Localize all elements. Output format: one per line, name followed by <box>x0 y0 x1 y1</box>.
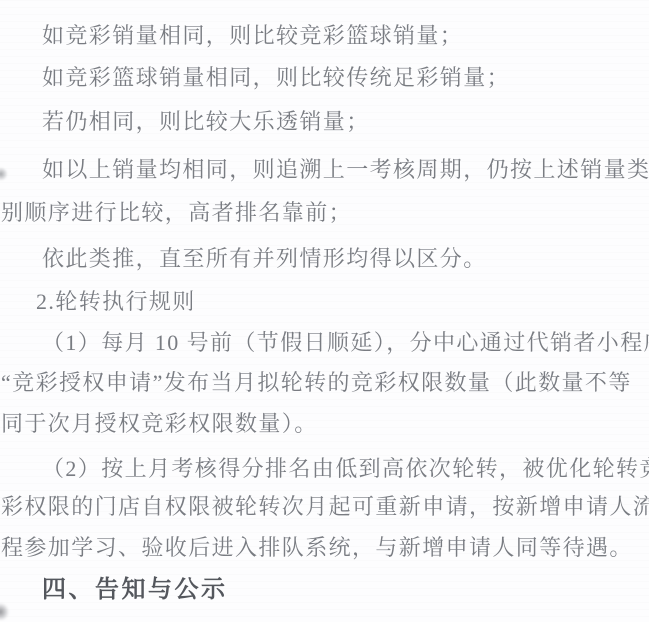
paragraph-line: 程参加学习、验收后进入排队系统，与新增申请人同等待遇。 <box>0 535 649 561</box>
numbered-rule-subheading: 2.轮转执行规则 <box>0 289 649 315</box>
paragraph-line: （2）按上月考核得分排名由低到高依次轮转，被优化轮转竞 <box>0 456 649 482</box>
paragraph-line: 同于次月授权竞彩权限数量）。 <box>0 411 649 437</box>
paragraph-line: 如竞彩篮球销量相同，则比较传统足彩销量； <box>0 65 649 91</box>
scanned-document-page: 如竞彩销量相同，则比较竞彩篮球销量； 如竞彩篮球销量相同，则比较传统足彩销量； … <box>0 0 649 622</box>
paragraph-line: 别顺序进行比较，高者排名靠前； <box>0 200 649 226</box>
paragraph-line: 依此类推，直至所有并列情形均得以区分。 <box>0 246 649 272</box>
document-text-block: 如竞彩销量相同，则比较竞彩篮球销量； 如竞彩篮球销量相同，则比较传统足彩销量； … <box>0 0 649 622</box>
paragraph-line: “竞彩授权申请”发布当月拟轮转的竞彩权限数量（此数量不等 <box>0 370 649 396</box>
paragraph-line: （1）每月 10 号前（节假日顺延），分中心通过代销者小程序 <box>0 330 649 356</box>
paragraph-line: 彩权限的门店自权限被轮转次月起可重新申请，按新增申请人流 <box>0 494 649 520</box>
paragraph-line: 如竞彩销量相同，则比较竞彩篮球销量； <box>0 23 649 49</box>
section-heading: 四、告知与公示 <box>0 577 649 603</box>
paragraph-line: 如以上销量均相同，则追溯上一考核周期，仍按上述销量类 <box>0 157 649 183</box>
paragraph-line: 若仍相同，则比较大乐透销量； <box>0 109 649 135</box>
